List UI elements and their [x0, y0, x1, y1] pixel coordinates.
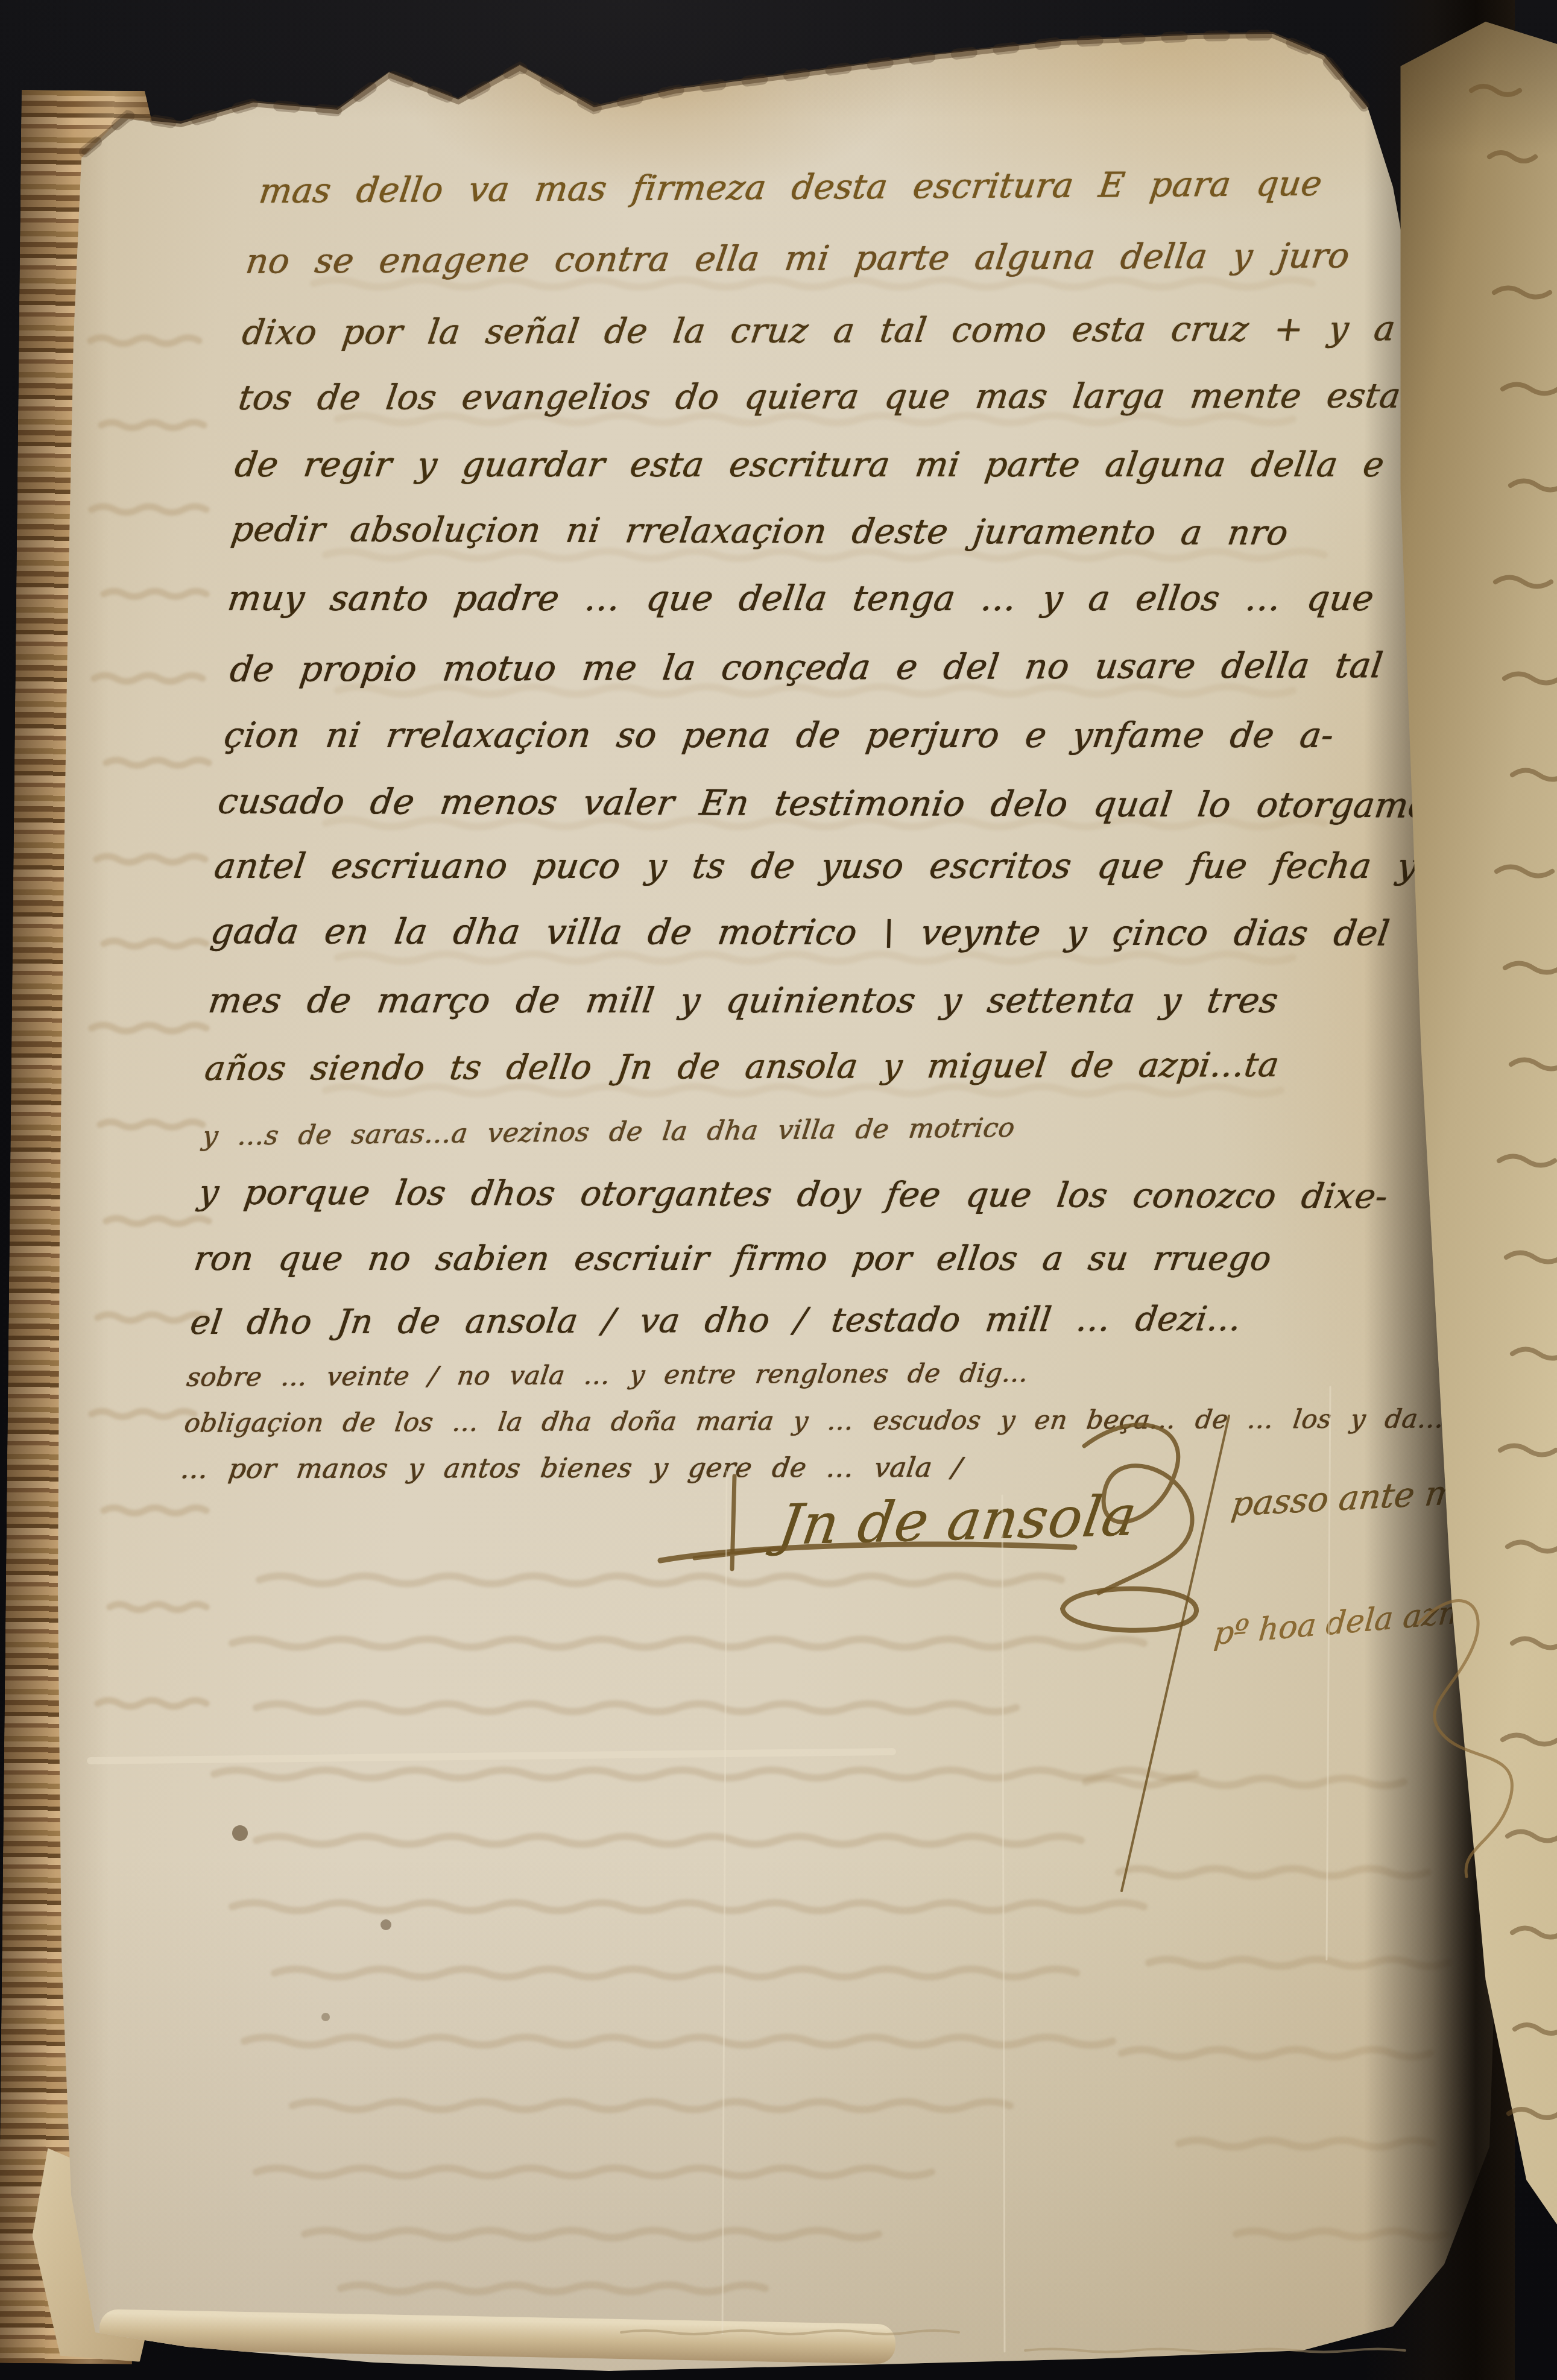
manuscript-text-line: sobre … veinte / no vala … y entre rengl…	[185, 1358, 1031, 1392]
manuscript-text-line: ron que no sabien escriuir firmo por ell…	[191, 1239, 1274, 1278]
margin-showthrough	[90, 338, 209, 1706]
manuscript-text-line: antel escriuano puco y ts de yuso escrit…	[212, 845, 1533, 886]
manuscript-text-line: pedir absoluçion ni rrelaxaçion deste ju…	[229, 510, 1290, 553]
manuscript-page: mas dello va mas firmeza desta escritura…	[0, 0, 1557, 2380]
manuscript-text-line: gada en la dha villa de motrico \ veynte…	[208, 911, 1392, 953]
manuscript-text-line: muy santo padre … que della tenga … y a …	[225, 578, 1376, 619]
manuscript-text-line: dixo por la señal de la cruz a tal como …	[239, 308, 1557, 353]
manuscript-text-line: cusado de menos valer En testimonio delo…	[215, 780, 1451, 825]
manuscript-text-line: … por manos y antos bienes y gere de … v…	[178, 1451, 964, 1485]
manuscript-text-line: obligaçion de los … la dha doña maria y …	[183, 1404, 1446, 1438]
manuscript-text-line: de propio motuo me la conçeda e del no u…	[227, 644, 1541, 690]
manuscript-text-line: años siendo ts dello Jn de ansola y migu…	[203, 1046, 1282, 1088]
manuscript-text-line: mas dello va mas firmeza desta escritura…	[257, 164, 1325, 211]
signature-juan-de-ansola: Jn de ansola	[774, 1483, 1142, 1558]
lower-showthrough	[214, 1576, 1448, 2292]
manuscript-text-line: çion ni rrelaxaçion so pena de perjuro e…	[221, 715, 1336, 756]
manuscript-text-line: y porque los dhos otorgantes doy fee que…	[196, 1173, 1390, 1217]
manuscript-text-line: no se enagene contra ella mi parte algun…	[244, 236, 1352, 282]
manuscript-text-line: mes de março de mill y quinientos y sett…	[206, 980, 1281, 1021]
manuscript-text-line: el dho Jn de ansola / va dho / testado m…	[188, 1299, 1244, 1342]
manuscript-photo: mas dello va mas firmeza desta escritura…	[0, 0, 1557, 2380]
manuscript-text-line: de regir y guardar esta escritura mi par…	[232, 445, 1524, 485]
manuscript-text-line: tos de los evangelios do quiera que mas …	[236, 376, 1557, 418]
